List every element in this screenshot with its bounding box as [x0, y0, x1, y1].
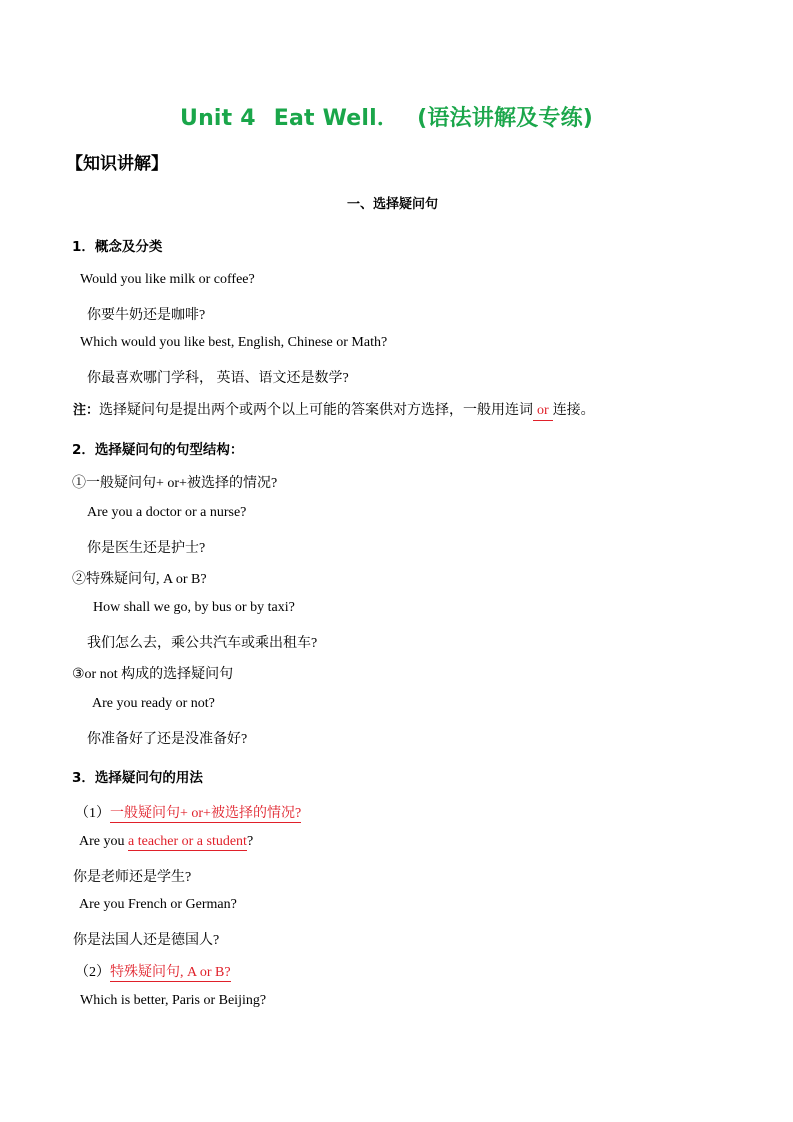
- example-zh: 你最喜欢哪门学科， 英语、语文还是数学?: [87, 367, 349, 387]
- usage1-example2-en: Are you French or German?: [79, 897, 237, 913]
- usage-rule-answer: 特殊疑问句, A or B?: [110, 965, 231, 982]
- part2-heading: 2．选择疑问句的句型结构：: [72, 438, 243, 458]
- section-heading: 【知识讲解】: [66, 149, 168, 174]
- usage1-example-zh: 你是老师还是学生?: [73, 866, 191, 886]
- answer-blank: or: [533, 403, 553, 421]
- pattern-example-en: Are you a doctor or a nurse?: [87, 505, 246, 521]
- note-label: 注：: [73, 403, 99, 418]
- usage1-example-en: Are you a teacher or a student?: [79, 834, 253, 850]
- usage-number: （1）: [75, 806, 110, 821]
- note-text: 选择疑问句是提出两个或两个以上可能的答案供对方选择，一般用连词: [99, 403, 533, 418]
- pattern-example-zh: 我们怎么去，乘公共汽车或乘出租车?: [87, 632, 317, 652]
- note-text-end: 连接。: [553, 403, 595, 418]
- example-en: Which would you like best, English, Chin…: [80, 335, 387, 351]
- part1-heading: 1．概念及分类: [72, 235, 162, 255]
- example-zh: 你要牛奶还是咖啡?: [87, 304, 205, 324]
- document-title: Unit 4Eat Well．(语法讲解及专练): [180, 101, 593, 132]
- example-en: Would you like milk or coffee?: [80, 272, 255, 288]
- pattern-example-zh: 你准备好了还是没准备好?: [87, 728, 247, 748]
- usage2-rule: （2）特殊疑问句, A or B?: [75, 961, 231, 981]
- pattern-label: ②特殊疑问句, A or B?: [72, 568, 207, 588]
- title-unit: Unit 4: [180, 106, 256, 131]
- example-answer: a teacher or a student: [128, 834, 247, 851]
- usage1-example2-zh: 你是法国人还是德国人?: [73, 929, 219, 949]
- pattern-example-en: Are you ready or not?: [92, 696, 215, 712]
- note: 注：选择疑问句是提出两个或两个以上可能的答案供对方选择，一般用连词or连接。: [73, 399, 595, 421]
- usage1-rule: （1）一般疑问句+ or+被选择的情况?: [75, 802, 301, 822]
- pattern-example-zh: 你是医生还是护士?: [87, 537, 205, 557]
- title-name: Eat Well．: [274, 106, 399, 131]
- example-suffix: ?: [247, 834, 253, 849]
- usage-number: （2）: [75, 965, 110, 980]
- pattern-label: ③or not 构成的选择疑问句: [72, 663, 233, 683]
- usage2-example-en: Which is better, Paris or Beijing?: [80, 993, 266, 1009]
- usage-rule-answer: 一般疑问句+ or+被选择的情况?: [110, 806, 301, 823]
- document-page: Unit 4Eat Well．(语法讲解及专练) 【知识讲解】 一、选择疑问句 …: [0, 0, 793, 1122]
- title-subtitle: (语法讲解及专练): [417, 106, 593, 131]
- pattern-label: ①一般疑问句+ or+被选择的情况?: [72, 472, 277, 492]
- part3-heading: 3．选择疑问句的用法: [72, 766, 203, 786]
- topic-heading: 一、选择疑问句: [347, 193, 438, 212]
- example-prefix: Are you: [79, 834, 128, 849]
- pattern-example-en: How shall we go, by bus or by taxi?: [93, 600, 295, 616]
